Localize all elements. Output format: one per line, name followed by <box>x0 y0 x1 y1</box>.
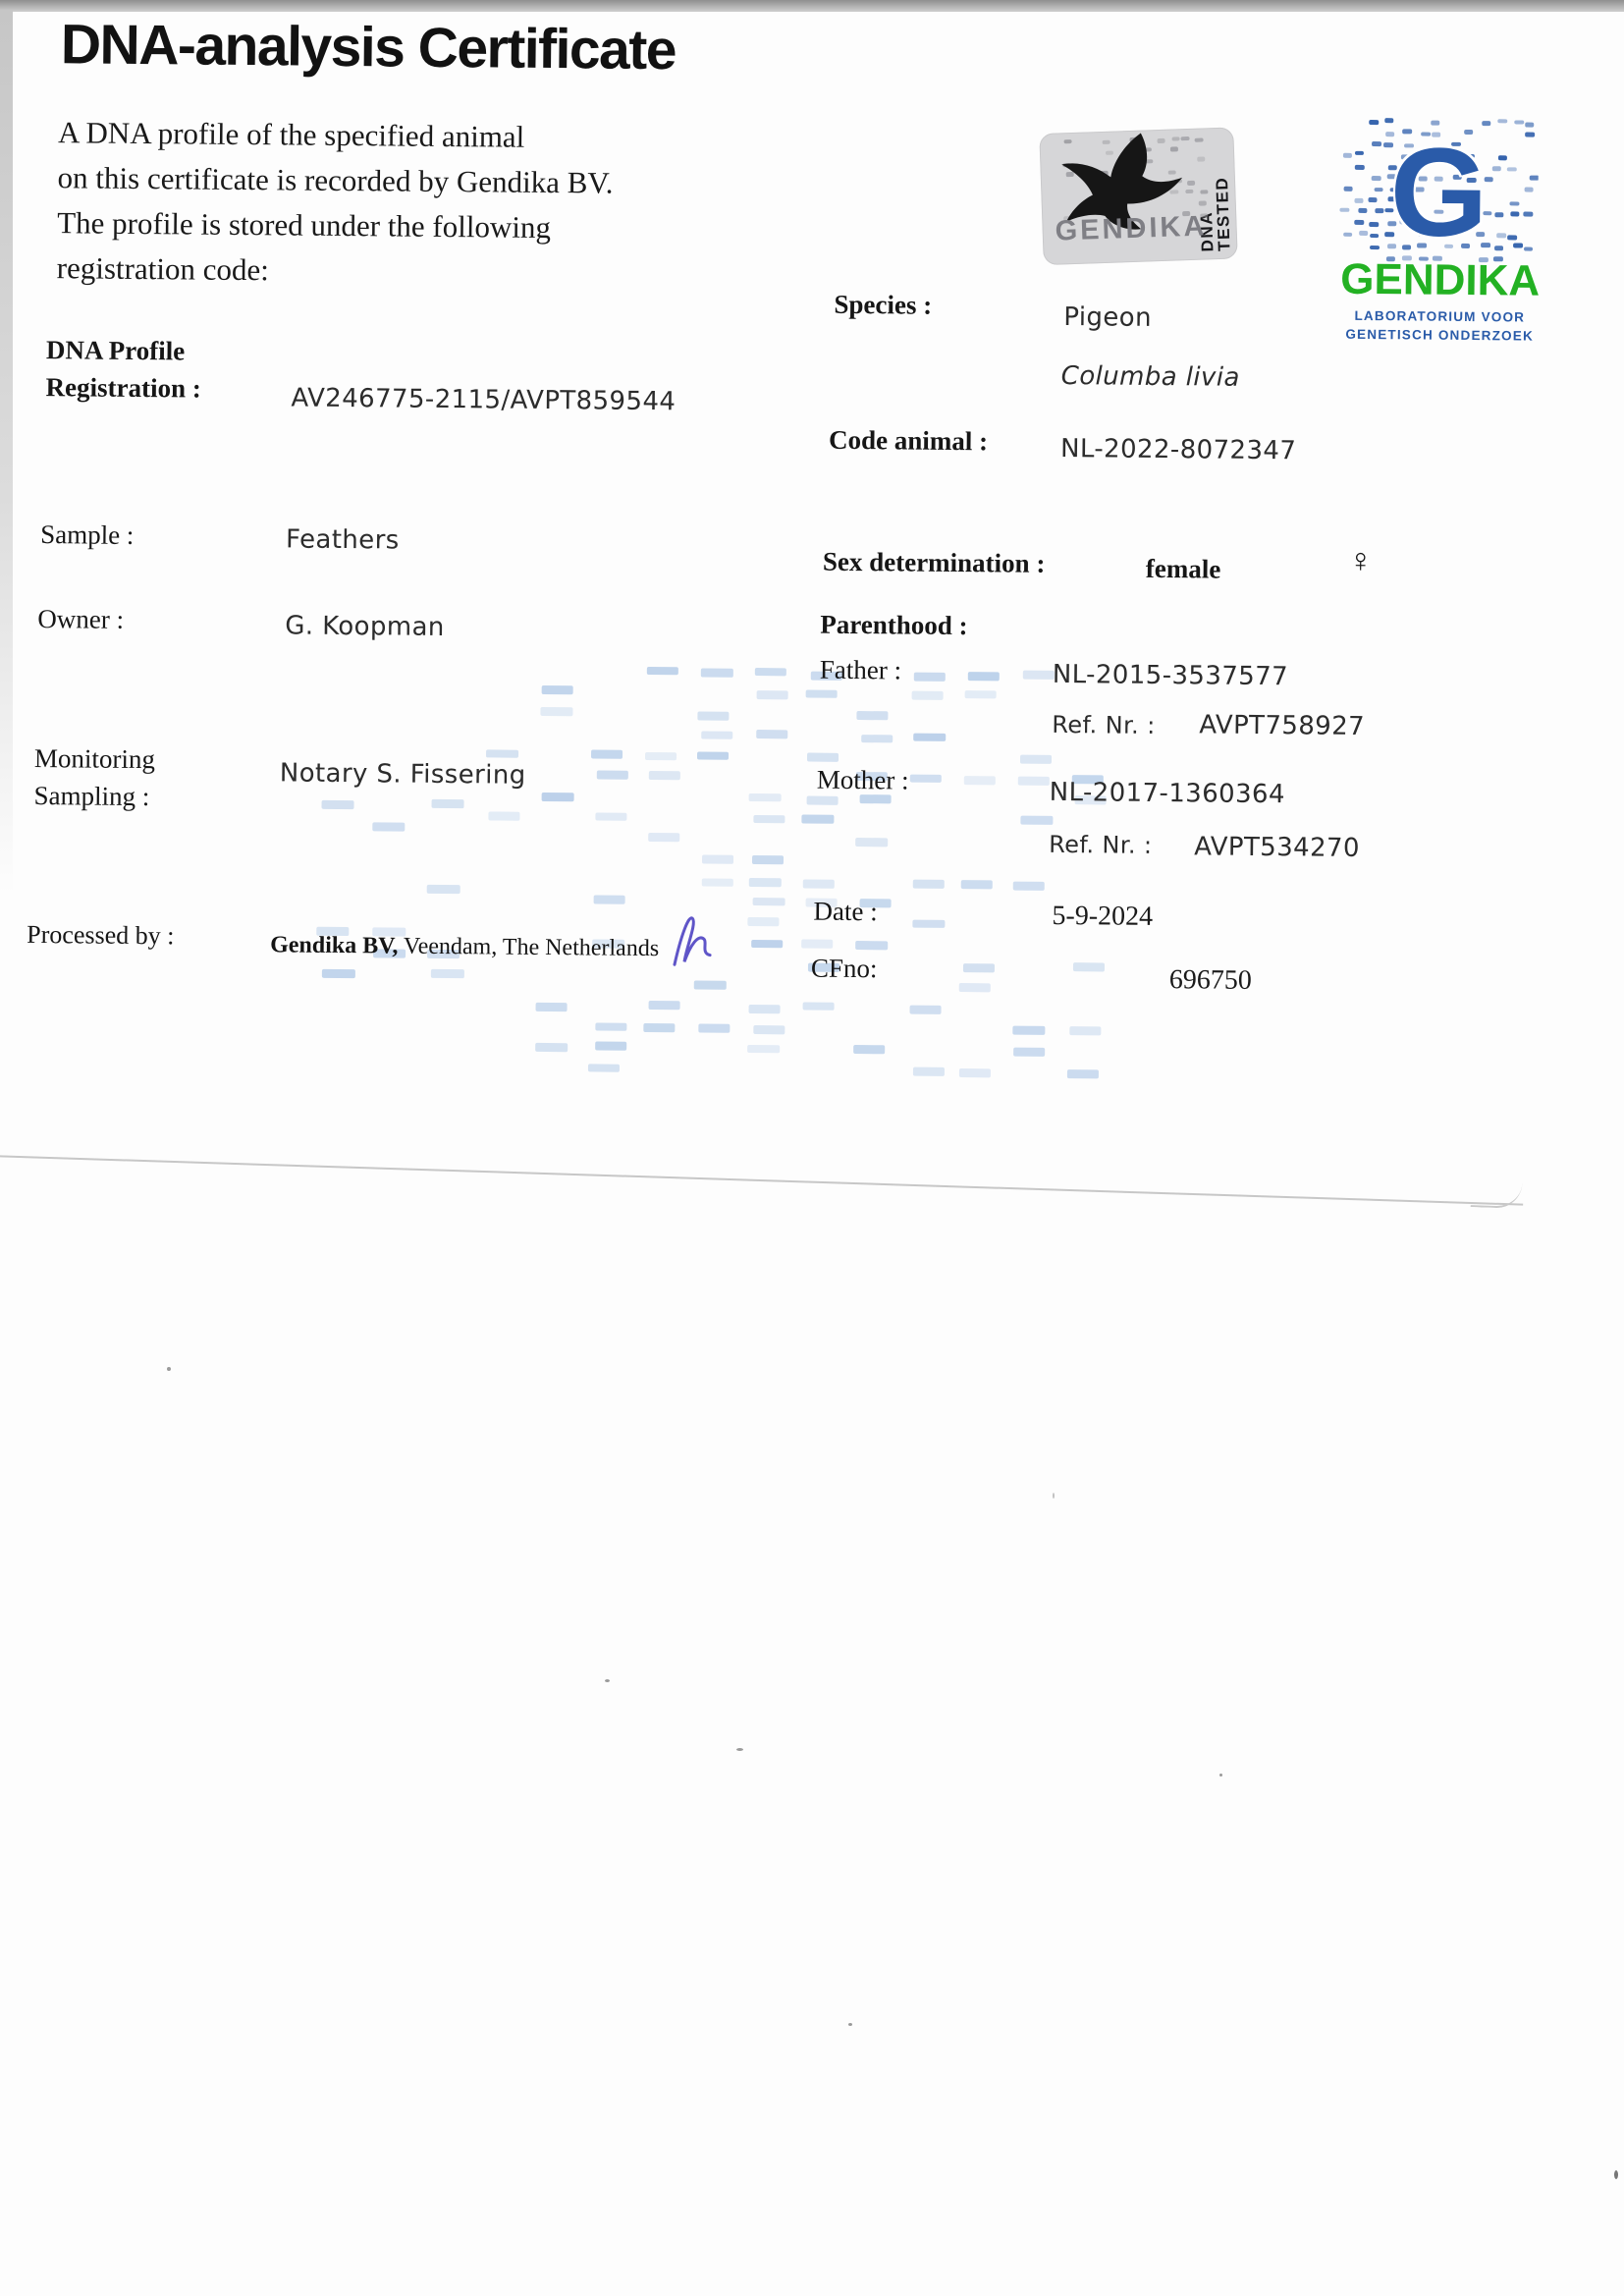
father-value: NL-2015-3537577 <box>1053 660 1288 691</box>
scanned-certificate-page: DNA-analysis Certificate A DNA profile o… <box>0 0 1624 2296</box>
scan-speck <box>605 1679 610 1682</box>
scan-speck <box>848 2023 852 2026</box>
scan-speck <box>167 1367 171 1371</box>
sample-value: Feathers <box>286 524 400 555</box>
species-label: Species : <box>834 289 932 321</box>
registration-label-line1: DNA Profile <box>46 334 186 367</box>
mother-ref-label: Ref. Nr. : <box>1049 831 1153 859</box>
owner-value: G. Koopman <box>285 611 445 642</box>
scan-speck <box>1219 1774 1222 1777</box>
mother-value: NL-2017-1360364 <box>1050 778 1285 809</box>
registration-value: AV246775-2115/AVPT859544 <box>291 383 676 416</box>
sample-label: Sample : <box>40 519 135 551</box>
dna-watermark-pattern <box>481 664 1121 1087</box>
processed-by-value: Gendika BV, Veendam, The Netherlands <box>270 931 659 963</box>
owner-label: Owner : <box>37 603 124 635</box>
processed-by-label: Processed by : <box>27 919 174 952</box>
registration-label-line2: Registration : <box>45 371 201 405</box>
page-title: DNA-analysis Certificate <box>61 14 677 82</box>
logo-letter-g: G <box>1365 123 1513 263</box>
signature-icon <box>667 907 715 970</box>
cfno-value: 696750 <box>1169 963 1252 997</box>
date-label: Date : <box>813 896 878 928</box>
father-ref-value: AVPT758927 <box>1199 710 1365 741</box>
monitoring-label-line1: Monitoring <box>34 742 155 776</box>
dna-watermark-pattern-left <box>314 777 482 1073</box>
female-symbol: ♀ <box>1348 543 1374 580</box>
certificate-card: DNA-analysis Certificate A DNA profile o… <box>0 0 1624 1193</box>
intro-line: on this certificate is recorded by Gendi… <box>57 155 613 205</box>
father-ref-label: Ref. Nr. : <box>1052 711 1156 739</box>
species-latin-name: Columba livia <box>1061 361 1240 393</box>
monitoring-label-line2: Sampling : <box>33 780 149 813</box>
date-value: 5-9-2024 <box>1052 900 1153 934</box>
code-animal-value: NL-2022-8072347 <box>1060 434 1296 465</box>
code-animal-label: Code animal : <box>829 424 988 458</box>
sticker-brand-text: GENDIKA <box>1055 212 1208 246</box>
logo-subtitle: LABORATORIUM VOOR GENETISCH ONDERZOEK <box>1317 307 1562 347</box>
logo-subtitle-line2: GENETISCH ONDERZOEK <box>1345 327 1534 344</box>
intro-paragraph: A DNA profile of the specified animal on… <box>57 110 615 296</box>
processed-by-location: Veendam, The Netherlands <box>398 934 659 962</box>
mother-label: Mother : <box>817 764 909 796</box>
sex-value: female <box>1146 553 1221 585</box>
intro-line: registration code: <box>57 246 613 296</box>
parenthood-label: Parenthood : <box>820 609 968 642</box>
scan-speck <box>736 1748 743 1751</box>
sex-determination-label: Sex determination : <box>823 546 1046 580</box>
intro-line: The profile is stored under the followin… <box>57 200 613 250</box>
species-value: Pigeon <box>1063 302 1152 333</box>
father-label: Father : <box>820 654 902 686</box>
logo-subtitle-line1: LABORATORIUM VOOR <box>1354 308 1525 325</box>
intro-line: A DNA profile of the specified animal <box>58 110 614 160</box>
scan-speck <box>1053 1493 1055 1499</box>
dna-tested-sticker: GENDIKA DNA TESTED <box>1039 127 1237 265</box>
cfno-label: CFno: <box>811 953 878 985</box>
processed-by-company: Gendika BV, <box>270 932 399 958</box>
mother-ref-value: AVPT534270 <box>1194 832 1360 863</box>
scan-speck <box>1614 2170 1618 2179</box>
monitoring-value: Notary S. Fissering <box>280 758 526 790</box>
